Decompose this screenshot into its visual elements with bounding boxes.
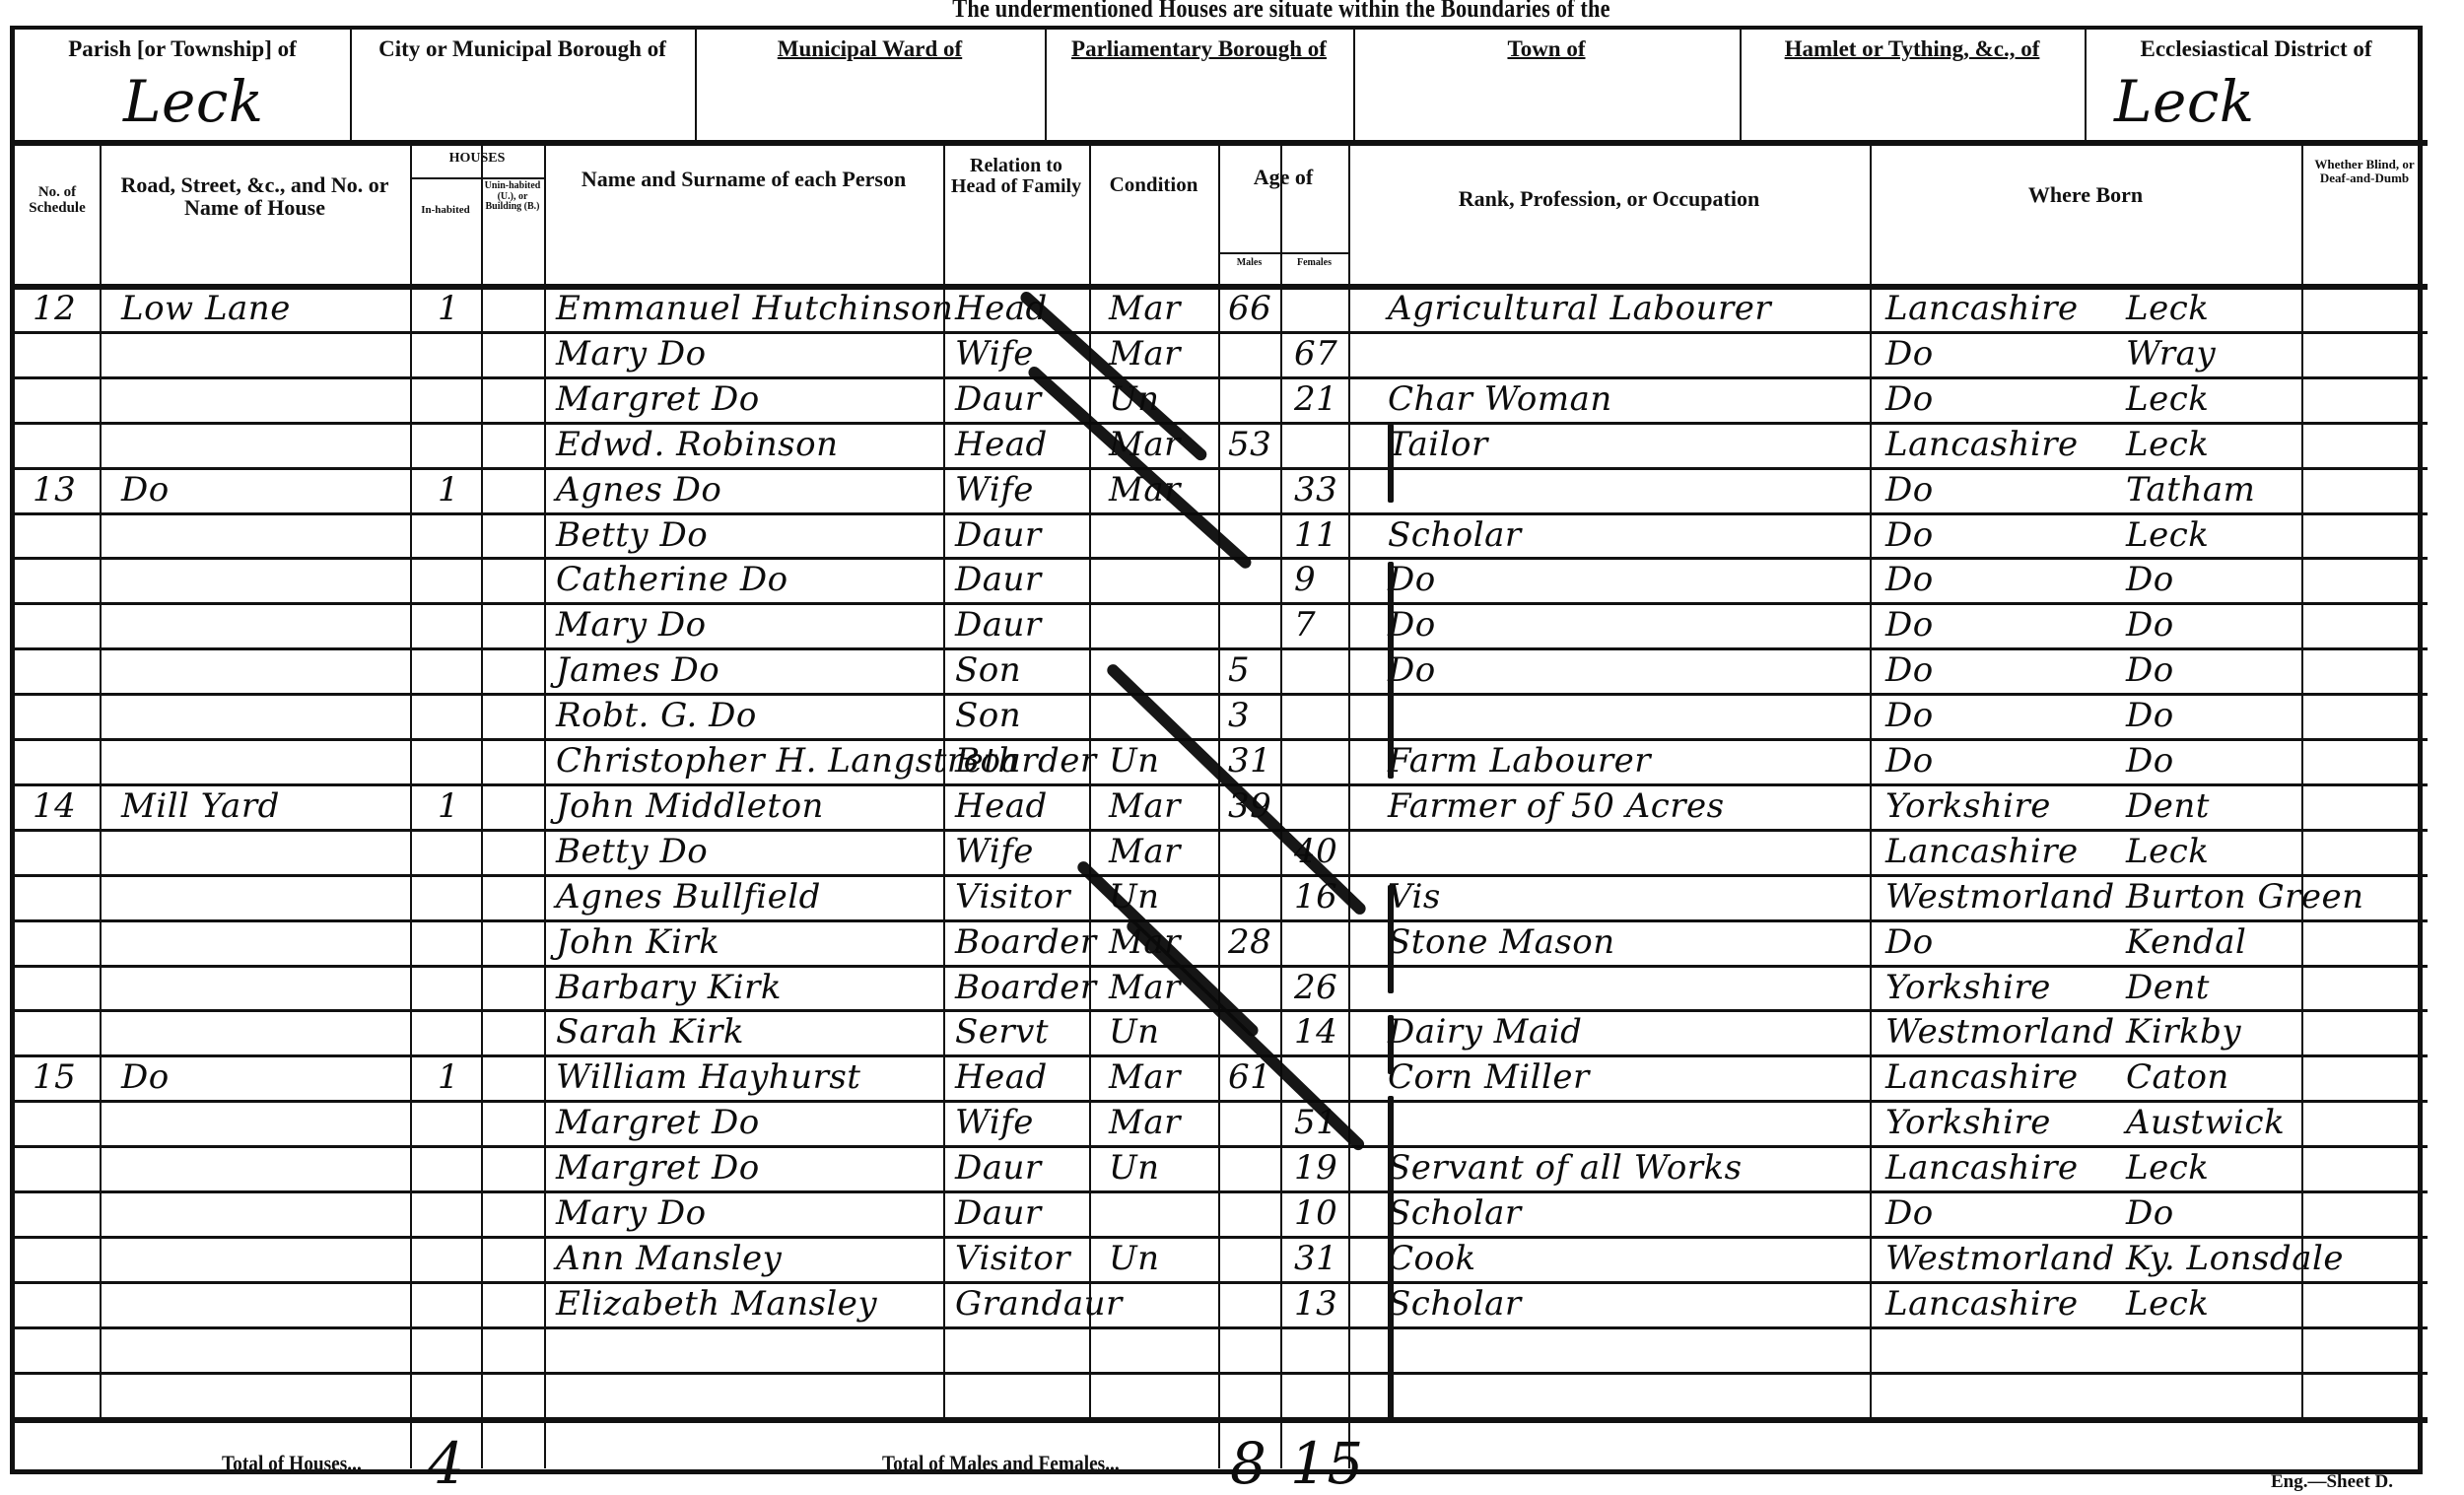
occupation[interactable]: Dairy Maid [1388, 1015, 1582, 1049]
census-row [15, 783, 2428, 829]
relation-to-head[interactable]: Grandaur [955, 1287, 1123, 1321]
boundary-column-divider [2085, 30, 2087, 140]
birthplace-county[interactable]: Lancashire [1885, 1060, 2079, 1094]
boundary-column-divider [1045, 30, 1047, 140]
boundary-column-divider [1740, 30, 1742, 140]
female-age[interactable]: 67 [1294, 337, 1337, 371]
relation-to-head[interactable]: Visitor [955, 1242, 1070, 1275]
sheet-label: Eng.—Sheet D. [2271, 1471, 2393, 1493]
person-name[interactable]: Ann Mansley [556, 1242, 782, 1275]
total-persons-label: Total of Males and Females... [882, 1451, 1120, 1476]
totals-divider [1280, 1417, 1282, 1469]
relation-to-head[interactable]: Head [955, 428, 1048, 461]
relation-to-head[interactable]: Daur [955, 608, 1042, 642]
birthplace-parish[interactable]: Burton Green [2126, 880, 2364, 914]
birthplace-county[interactable]: Do [1885, 473, 1934, 507]
boundary-label-municipal-ward: Municipal Ward of [699, 37, 1041, 61]
census-row [15, 376, 2428, 422]
inhabited-count[interactable]: 1 [438, 789, 459, 823]
boundary-label-parish: Parish [or Township] of [19, 37, 346, 61]
person-name[interactable]: Mary Do [556, 608, 707, 642]
schedule-number[interactable]: 13 [33, 473, 76, 507]
census-row [15, 693, 2428, 738]
census-sheet: Parish [or Township] ofLeckCity or Munic… [10, 26, 2423, 1474]
header-occupation: Rank, Profession, or Occupation [1350, 187, 1868, 210]
female-age[interactable]: 26 [1294, 971, 1337, 1004]
header-uninhabited: Unin-habited (U.), or Building (B.) [483, 181, 542, 213]
header-inhabited: In-habited [412, 205, 479, 217]
houses-subheader-divider [410, 177, 544, 179]
birthplace-parish[interactable]: Do [2126, 1196, 2174, 1230]
boundary-row-divider [15, 140, 2428, 146]
row-divider [15, 1326, 2428, 1329]
occupation-brace [1388, 424, 1394, 503]
occupation-brace [1388, 562, 1394, 779]
birthplace-parish[interactable]: Do [2126, 744, 2174, 778]
birthplace-county[interactable]: Do [1885, 1196, 1934, 1230]
marital-condition[interactable]: Mar [1109, 292, 1181, 325]
person-name[interactable]: Agnes Do [556, 473, 721, 507]
totals-divider [1218, 1417, 1220, 1469]
birthplace-county[interactable]: Yorkshire [1885, 789, 2051, 823]
occupation[interactable]: Scholar [1388, 518, 1522, 552]
person-name[interactable]: James Do [556, 653, 719, 687]
road-name[interactable]: Mill Yard [121, 789, 280, 823]
relation-to-head[interactable]: Son [955, 653, 1021, 687]
boundary-label-town: Town of [1357, 37, 1736, 61]
person-name[interactable]: Margret Do [556, 1106, 760, 1139]
schedule-number[interactable]: 15 [33, 1060, 76, 1094]
male-age[interactable]: 28 [1228, 925, 1271, 959]
person-name[interactable]: John Kirk [556, 925, 719, 959]
occupation[interactable]: Stone Mason [1388, 925, 1615, 959]
total-males-value[interactable]: 8 [1230, 1435, 1266, 1492]
boundary-value-parish[interactable]: Leck [123, 73, 263, 130]
occupation-brace [1388, 1015, 1394, 1074]
birthplace-county[interactable]: Do [1885, 653, 1934, 687]
birthplace-county[interactable]: Lancashire [1885, 1151, 2079, 1185]
birthplace-parish[interactable]: Kirkby [2126, 1015, 2241, 1049]
birthplace-county[interactable]: Yorkshire [1885, 1106, 2051, 1139]
occupation[interactable]: Scholar [1388, 1196, 1522, 1230]
totals-divider [481, 1417, 483, 1469]
inhabited-count[interactable]: 1 [438, 1060, 459, 1094]
birthplace-parish[interactable]: Leck [2126, 1151, 2209, 1185]
person-name[interactable]: Barbary Kirk [556, 971, 782, 1004]
person-name[interactable]: Betty Do [556, 835, 708, 868]
inhabited-count[interactable]: 1 [438, 473, 459, 507]
male-age[interactable]: 66 [1228, 292, 1271, 325]
female-age[interactable]: 19 [1294, 1151, 1337, 1185]
occupation[interactable]: Corn Miller [1388, 1060, 1590, 1094]
female-age[interactable]: 7 [1294, 608, 1316, 642]
inhabited-count[interactable]: 1 [438, 292, 459, 325]
female-age[interactable]: 14 [1294, 1015, 1337, 1049]
relation-to-head[interactable]: Boarder [955, 744, 1097, 778]
relation-to-head[interactable]: Daur [955, 1196, 1042, 1230]
occupation[interactable]: Farm Labourer [1388, 744, 1651, 778]
occupation[interactable]: Vis [1388, 880, 1441, 914]
person-name[interactable]: Christopher H. Langstreth [556, 744, 1020, 778]
road-name[interactable]: Low Lane [121, 292, 291, 325]
totals-divider [410, 1417, 412, 1469]
relation-to-head[interactable]: Boarder [955, 925, 1097, 959]
row-divider [15, 1417, 2428, 1423]
header-females: Females [1282, 258, 1346, 269]
boundary-value-ecclesiastical-district[interactable]: Leck [2114, 73, 2254, 130]
male-age[interactable]: 3 [1228, 699, 1250, 732]
birthplace-parish[interactable]: Leck [2126, 518, 2209, 552]
road-name[interactable]: Do [121, 1060, 170, 1094]
person-name[interactable]: Robt. G. Do [556, 699, 757, 732]
person-name[interactable]: Mary Do [556, 337, 707, 371]
header-males: Males [1220, 258, 1278, 269]
female-age[interactable]: 9 [1294, 563, 1316, 596]
birthplace-parish[interactable]: Leck [2126, 428, 2209, 461]
male-age[interactable]: 53 [1228, 428, 1271, 461]
relation-to-head[interactable]: Head [955, 1060, 1048, 1094]
relation-to-head[interactable]: Son [955, 699, 1021, 732]
relation-to-head[interactable]: Head [955, 789, 1048, 823]
birthplace-county[interactable]: Lancashire [1885, 1287, 2079, 1321]
birthplace-county[interactable]: Lancashire [1885, 292, 2079, 325]
census-row [15, 1100, 2428, 1145]
boundary-label-parliamentary-borough: Parliamentary Borough of [1049, 37, 1349, 61]
boundary-label-ecclesiastical-district: Ecclesiastical District of [2088, 37, 2424, 61]
birthplace-parish[interactable]: Do [2126, 699, 2174, 732]
birthplace-parish[interactable]: Tatham [2126, 473, 2255, 507]
header-age: Age of [1220, 166, 1346, 188]
relation-to-head[interactable]: Wife [955, 337, 1034, 371]
birthplace-county[interactable]: Westmorland [1885, 1242, 2115, 1275]
marital-condition[interactable]: Mar [1109, 337, 1181, 371]
total-houses-label: Total of Houses... [222, 1451, 362, 1476]
boundary-column-divider [695, 30, 697, 140]
census-row [15, 647, 2428, 693]
occupation[interactable]: Tailor [1388, 428, 1488, 461]
relation-to-head[interactable]: Daur [955, 563, 1042, 596]
header-road: Road, Street, &c., and No. or Name of Ho… [102, 173, 408, 219]
header-where-born: Where Born [1872, 183, 2299, 206]
relation-to-head[interactable]: Daur [955, 1151, 1042, 1185]
male-age[interactable]: 31 [1228, 744, 1271, 778]
occupation[interactable]: Do [1388, 563, 1436, 596]
birthplace-parish[interactable]: Ky. Lonsdale [2126, 1242, 2344, 1275]
female-age[interactable]: 33 [1294, 473, 1337, 507]
relation-to-head[interactable]: Daur [955, 518, 1042, 552]
birthplace-parish[interactable]: Do [2126, 608, 2174, 642]
boundary-column-divider [350, 30, 352, 140]
person-name[interactable]: Edwd. Robinson [556, 428, 839, 461]
occupation[interactable]: Scholar [1388, 1287, 1522, 1321]
total-houses-value[interactable]: 4 [428, 1435, 464, 1492]
person-name[interactable]: Mary Do [556, 1196, 707, 1230]
marital-condition[interactable]: Un [1109, 1242, 1160, 1275]
occupation[interactable]: Cook [1388, 1242, 1476, 1275]
person-name[interactable]: Catherine Do [556, 563, 788, 596]
schedule-number[interactable]: 12 [33, 292, 76, 325]
marital-condition[interactable]: Mar [1109, 835, 1181, 868]
marital-condition[interactable]: Mar [1109, 1106, 1181, 1139]
boundary-column-divider [1353, 30, 1355, 140]
relation-to-head[interactable]: Wife [955, 1106, 1034, 1139]
person-name[interactable]: Elizabeth Mansley [556, 1287, 877, 1321]
occupation-brace [1388, 1096, 1394, 1421]
birthplace-county[interactable]: Westmorland [1885, 880, 2115, 914]
schedule-number[interactable]: 14 [33, 789, 76, 823]
birthplace-county[interactable]: Westmorland [1885, 1015, 2115, 1049]
marital-condition[interactable]: Un [1109, 1015, 1160, 1049]
female-age[interactable]: 13 [1294, 1287, 1337, 1321]
male-age[interactable]: 61 [1228, 1060, 1271, 1094]
header-schedule: No. of Schedule [17, 185, 98, 217]
birthplace-parish[interactable]: Leck [2126, 835, 2209, 868]
age-subheader-divider [1218, 252, 1348, 254]
marital-condition[interactable]: Un [1109, 744, 1160, 778]
marital-condition[interactable]: Mar [1109, 1060, 1181, 1094]
birthplace-parish[interactable]: Wray [2126, 337, 2216, 371]
birthplace-county[interactable]: Lancashire [1885, 835, 2079, 868]
marital-condition[interactable]: Mar [1109, 789, 1181, 823]
person-name[interactable]: Margret Do [556, 382, 760, 416]
birthplace-parish[interactable]: Dent [2126, 971, 2210, 1004]
birthplace-parish[interactable]: Caton [2126, 1060, 2229, 1094]
person-name[interactable]: Sarah Kirk [556, 1015, 744, 1049]
birthplace-county[interactable]: Do [1885, 608, 1934, 642]
marital-condition[interactable]: Un [1109, 1151, 1160, 1185]
female-age[interactable]: 10 [1294, 1196, 1337, 1230]
census-row [15, 557, 2428, 602]
census-row [15, 467, 2428, 512]
road-name[interactable]: Do [121, 473, 170, 507]
person-name[interactable]: Betty Do [556, 518, 708, 552]
header-houses: HOUSES [412, 152, 542, 167]
header-condition: Condition [1091, 173, 1216, 195]
relation-to-head[interactable]: Visitor [955, 880, 1070, 914]
row-divider [15, 1372, 2428, 1375]
birthplace-county[interactable]: Lancashire [1885, 428, 2079, 461]
occupation-brace [1388, 885, 1394, 993]
female-age[interactable]: 31 [1294, 1242, 1337, 1275]
birthplace-parish[interactable]: Dent [2126, 789, 2210, 823]
form-title: The undermentioned Houses are situate wi… [857, 0, 1705, 24]
birthplace-county[interactable]: Yorkshire [1885, 971, 2051, 1004]
occupation[interactable]: Do [1388, 653, 1436, 687]
occupation[interactable]: Agricultural Labourer [1388, 292, 1771, 325]
person-name[interactable]: Agnes Bullfield [556, 880, 821, 914]
birthplace-county[interactable]: Do [1885, 337, 1934, 371]
female-age[interactable]: 21 [1294, 382, 1337, 416]
header-name: Name and Surname of each Person [546, 168, 941, 190]
person-name[interactable]: Emmanuel Hutchinson [556, 292, 953, 325]
birthplace-parish[interactable]: Do [2126, 653, 2174, 687]
occupation[interactable]: Farmer of 50 Acres [1388, 789, 1725, 823]
relation-to-head[interactable]: Wife [955, 835, 1034, 868]
birthplace-parish[interactable]: Austwick [2126, 1106, 2285, 1139]
occupation[interactable]: Do [1388, 608, 1436, 642]
person-name[interactable]: John Middleton [556, 789, 824, 823]
boundary-label-hamlet: Hamlet or Tything, &c., of [1744, 37, 2081, 61]
relation-to-head[interactable]: Boarder [955, 971, 1097, 1004]
totals-divider [544, 1417, 546, 1469]
birthplace-county[interactable]: Do [1885, 744, 1934, 778]
birthplace-county[interactable]: Do [1885, 925, 1934, 959]
header-blind: Whether Blind, or Deaf-and-Dumb [2303, 158, 2426, 184]
header-relation: Relation to Head of Family [945, 156, 1087, 197]
birthplace-county[interactable]: Do [1885, 699, 1934, 732]
relation-to-head[interactable]: Wife [955, 473, 1034, 507]
census-row [15, 602, 2428, 647]
occupation[interactable]: Servant of all Works [1388, 1151, 1743, 1185]
total-females-value[interactable]: 15 [1290, 1435, 1364, 1492]
birthplace-parish[interactable]: Leck [2126, 1287, 2209, 1321]
birthplace-county[interactable]: Do [1885, 382, 1934, 416]
birthplace-parish[interactable]: Leck [2126, 382, 2209, 416]
relation-to-head[interactable]: Servt [955, 1015, 1049, 1049]
occupation[interactable]: Char Woman [1388, 382, 1612, 416]
census-row [15, 1190, 2428, 1236]
birthplace-parish[interactable]: Kendal [2126, 925, 2246, 959]
marital-condition[interactable]: Mar [1109, 971, 1181, 1004]
relation-to-head[interactable]: Daur [955, 382, 1042, 416]
female-age[interactable]: 11 [1294, 518, 1337, 552]
birthplace-parish[interactable]: Do [2126, 563, 2174, 596]
census-row [15, 331, 2428, 376]
boundary-label-city-borough: City or Municipal Borough of [354, 37, 691, 61]
person-name[interactable]: Margret Do [556, 1151, 760, 1185]
census-row [15, 919, 2428, 965]
male-age[interactable]: 5 [1228, 653, 1250, 687]
person-name[interactable]: William Hayhurst [556, 1060, 860, 1094]
birthplace-county[interactable]: Do [1885, 563, 1934, 596]
birthplace-parish[interactable]: Leck [2126, 292, 2209, 325]
birthplace-county[interactable]: Do [1885, 518, 1934, 552]
